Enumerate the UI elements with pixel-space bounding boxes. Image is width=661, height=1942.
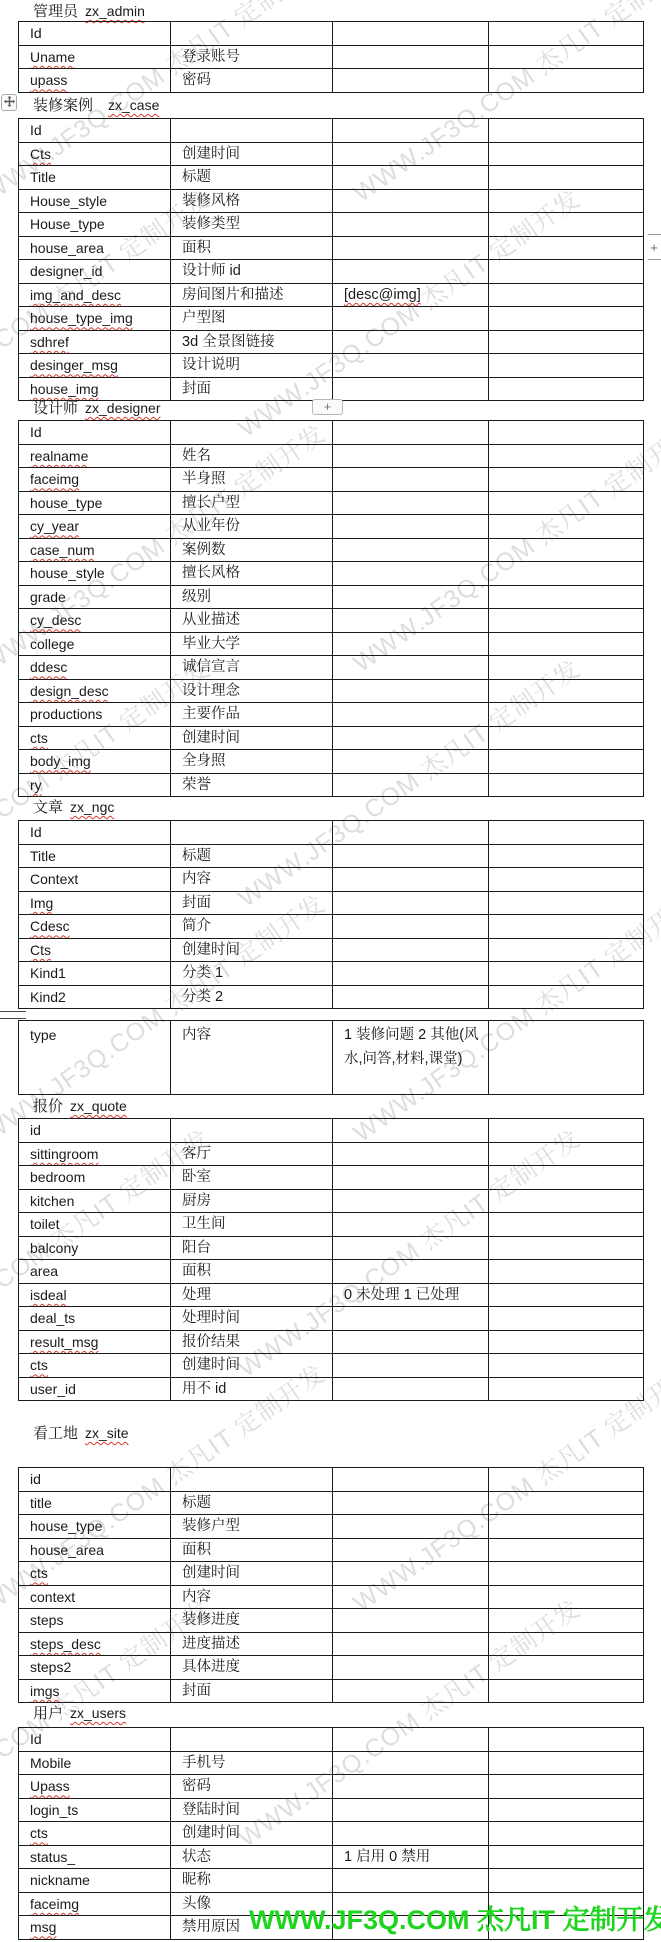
cell[interactable] bbox=[489, 142, 644, 166]
cell[interactable] bbox=[333, 1491, 489, 1515]
cell[interactable] bbox=[489, 1869, 644, 1893]
cell[interactable] bbox=[171, 1728, 333, 1752]
cell[interactable]: Cts bbox=[19, 938, 171, 962]
cell[interactable]: 封面 bbox=[171, 377, 333, 401]
cell[interactable]: 卫生间 bbox=[171, 1213, 333, 1237]
cell[interactable]: sdhref bbox=[19, 330, 171, 354]
table-admin: IdUname登录账号upass密码 bbox=[18, 21, 644, 93]
cell[interactable] bbox=[489, 821, 644, 845]
cell[interactable]: body_img bbox=[19, 750, 171, 774]
cell[interactable] bbox=[333, 1798, 489, 1822]
cell-text: 面积 bbox=[182, 1542, 211, 1558]
cell[interactable]: result_msg bbox=[19, 1330, 171, 1354]
cell[interactable] bbox=[489, 1562, 644, 1586]
cell[interactable] bbox=[489, 891, 644, 915]
cell[interactable] bbox=[489, 562, 644, 586]
cell[interactable] bbox=[333, 632, 489, 656]
cell[interactable] bbox=[333, 491, 489, 515]
cell[interactable] bbox=[333, 1468, 489, 1492]
cell[interactable]: 用不 id bbox=[171, 1377, 333, 1401]
cell[interactable]: context bbox=[19, 1585, 171, 1609]
cell[interactable]: 面积 bbox=[171, 1538, 333, 1562]
cell[interactable] bbox=[333, 307, 489, 331]
cell[interactable] bbox=[333, 69, 489, 93]
cell[interactable]: 设计理念 bbox=[171, 679, 333, 703]
cell-text: 密码 bbox=[182, 72, 211, 88]
cell[interactable]: house_type bbox=[19, 491, 171, 515]
cell[interactable] bbox=[333, 1189, 489, 1213]
cell[interactable]: 3d 全景图链接 bbox=[171, 330, 333, 354]
cell[interactable] bbox=[489, 1166, 644, 1190]
cell[interactable] bbox=[489, 213, 644, 237]
cell[interactable]: 装修进度 bbox=[171, 1609, 333, 1633]
cell[interactable] bbox=[489, 1213, 644, 1237]
cell[interactable]: 登录账号 bbox=[171, 45, 333, 69]
cell[interactable] bbox=[333, 1728, 489, 1752]
section-heading-case: 装修案例zx_case bbox=[0, 95, 159, 115]
cell[interactable] bbox=[333, 1377, 489, 1401]
cell[interactable]: upass bbox=[19, 69, 171, 93]
cell[interactable]: 从业年份 bbox=[171, 515, 333, 539]
cell[interactable]: ry bbox=[19, 773, 171, 797]
cell[interactable]: house_style bbox=[19, 562, 171, 586]
cell[interactable] bbox=[489, 1845, 644, 1869]
cell[interactable]: ddesc bbox=[19, 656, 171, 680]
cell[interactable]: case_num bbox=[19, 538, 171, 562]
cell[interactable]: 创建时间 bbox=[171, 1354, 333, 1378]
cell[interactable] bbox=[333, 609, 489, 633]
cell[interactable]: 创建时间 bbox=[171, 1562, 333, 1586]
cell[interactable] bbox=[333, 1236, 489, 1260]
cell[interactable] bbox=[333, 515, 489, 539]
cell[interactable] bbox=[333, 1632, 489, 1656]
cell[interactable]: id bbox=[19, 1119, 171, 1143]
cell[interactable]: Id bbox=[19, 22, 171, 46]
cell[interactable] bbox=[333, 1166, 489, 1190]
cell[interactable] bbox=[333, 1869, 489, 1893]
side-scroll-control[interactable]: + bbox=[647, 234, 661, 260]
cell[interactable] bbox=[333, 773, 489, 797]
cell[interactable]: 面积 bbox=[171, 236, 333, 260]
cell[interactable]: sittingroom bbox=[19, 1142, 171, 1166]
cell[interactable] bbox=[333, 726, 489, 750]
cell[interactable]: balcony bbox=[19, 1236, 171, 1260]
cell[interactable]: [desc@img] bbox=[333, 283, 489, 307]
cell[interactable]: imgs bbox=[19, 1679, 171, 1703]
cell[interactable]: Context bbox=[19, 868, 171, 892]
cell[interactable] bbox=[333, 142, 489, 166]
table-row: type内容1 装修问题 2 其他(风水,问答,材料,课堂) bbox=[19, 1021, 644, 1095]
cell[interactable] bbox=[333, 213, 489, 237]
cell[interactable]: 标题 bbox=[171, 1491, 333, 1515]
cell[interactable]: 级别 bbox=[171, 585, 333, 609]
cell[interactable]: productions bbox=[19, 703, 171, 727]
cell[interactable]: house_area bbox=[19, 1538, 171, 1562]
cell[interactable] bbox=[489, 45, 644, 69]
cell[interactable] bbox=[333, 962, 489, 986]
cell[interactable]: Id bbox=[19, 421, 171, 445]
cell[interactable] bbox=[333, 444, 489, 468]
cell[interactable] bbox=[489, 1283, 644, 1307]
cell[interactable]: 进度描述 bbox=[171, 1632, 333, 1656]
table-code: zx_case bbox=[108, 97, 159, 113]
cell[interactable] bbox=[333, 656, 489, 680]
cell[interactable]: 标题 bbox=[171, 166, 333, 190]
cell[interactable] bbox=[333, 938, 489, 962]
cell[interactable] bbox=[333, 166, 489, 190]
cell[interactable] bbox=[489, 260, 644, 284]
cell[interactable]: 封面 bbox=[171, 891, 333, 915]
cell[interactable]: cts bbox=[19, 726, 171, 750]
cell[interactable]: 分类 1 bbox=[171, 962, 333, 986]
cell[interactable] bbox=[333, 1562, 489, 1586]
cell[interactable]: House_style bbox=[19, 189, 171, 213]
cell[interactable]: desinger_msg bbox=[19, 354, 171, 378]
cell[interactable]: steps_desc bbox=[19, 1632, 171, 1656]
cell[interactable] bbox=[333, 421, 489, 445]
cell[interactable]: 1 装修问题 2 其他(风水,问答,材料,课堂) bbox=[333, 1021, 489, 1095]
cell[interactable]: 主要作品 bbox=[171, 703, 333, 727]
cell-text: msg bbox=[30, 1919, 56, 1935]
cell[interactable]: 从业描述 bbox=[171, 609, 333, 633]
cell[interactable] bbox=[489, 632, 644, 656]
cell[interactable]: 1 启用 0 禁用 bbox=[333, 1845, 489, 1869]
cell[interactable]: cts bbox=[19, 1562, 171, 1586]
cell-text: 具体进度 bbox=[182, 1659, 240, 1675]
cell[interactable] bbox=[489, 1260, 644, 1284]
cell[interactable]: 创建时间 bbox=[171, 142, 333, 166]
cell[interactable]: Title bbox=[19, 844, 171, 868]
cell-text: 分类 1 bbox=[182, 965, 223, 981]
cell[interactable] bbox=[333, 1142, 489, 1166]
cell[interactable] bbox=[333, 844, 489, 868]
cell[interactable] bbox=[489, 609, 644, 633]
cell[interactable] bbox=[333, 821, 489, 845]
cell[interactable] bbox=[171, 1119, 333, 1143]
cell[interactable] bbox=[333, 562, 489, 586]
cell[interactable] bbox=[333, 1775, 489, 1799]
document-page: WWW.JF3Q.COM 杰凡IT 定制开发WWW.JF3Q.COM 杰凡IT … bbox=[0, 0, 661, 1942]
cell[interactable] bbox=[171, 22, 333, 46]
cell[interactable] bbox=[489, 938, 644, 962]
cell[interactable]: Id bbox=[19, 821, 171, 845]
cell[interactable]: 设计师 id bbox=[171, 260, 333, 284]
cell[interactable]: 内容 bbox=[171, 1585, 333, 1609]
cell[interactable]: 创建时间 bbox=[171, 726, 333, 750]
cell[interactable]: cts bbox=[19, 1354, 171, 1378]
cell[interactable] bbox=[489, 773, 644, 797]
cell[interactable]: 擅长户型 bbox=[171, 491, 333, 515]
cell[interactable] bbox=[489, 703, 644, 727]
cell[interactable]: 登陆时间 bbox=[171, 1798, 333, 1822]
cell[interactable] bbox=[489, 354, 644, 378]
cell[interactable]: house_type bbox=[19, 1515, 171, 1539]
cell[interactable]: cy_year bbox=[19, 515, 171, 539]
cell[interactable]: Kind1 bbox=[19, 962, 171, 986]
cell[interactable] bbox=[333, 45, 489, 69]
cell[interactable]: 面积 bbox=[171, 1260, 333, 1284]
cell[interactable]: kitchen bbox=[19, 1189, 171, 1213]
cell[interactable] bbox=[171, 1468, 333, 1492]
cell[interactable]: 装修类型 bbox=[171, 213, 333, 237]
cell[interactable] bbox=[333, 330, 489, 354]
cell[interactable]: bedroom bbox=[19, 1166, 171, 1190]
cell[interactable]: 半身照 bbox=[171, 468, 333, 492]
cell[interactable]: 处理时间 bbox=[171, 1307, 333, 1331]
cell[interactable] bbox=[489, 330, 644, 354]
cell[interactable] bbox=[489, 1354, 644, 1378]
cell[interactable] bbox=[489, 1585, 644, 1609]
cell[interactable]: login_ts bbox=[19, 1798, 171, 1822]
cell[interactable] bbox=[489, 1189, 644, 1213]
cell-text: steps bbox=[30, 1612, 63, 1628]
cell[interactable] bbox=[489, 1236, 644, 1260]
cell[interactable] bbox=[489, 444, 644, 468]
cell[interactable]: college bbox=[19, 632, 171, 656]
cell[interactable] bbox=[489, 1330, 644, 1354]
cell[interactable] bbox=[333, 750, 489, 774]
cell[interactable] bbox=[489, 1538, 644, 1562]
cell-text: steps2 bbox=[30, 1659, 71, 1675]
cell[interactable]: 装修风格 bbox=[171, 189, 333, 213]
cell[interactable]: 诚信宣言 bbox=[171, 656, 333, 680]
cell[interactable]: 房间图片和描述 bbox=[171, 283, 333, 307]
cell[interactable]: 密码 bbox=[171, 1775, 333, 1799]
cell[interactable] bbox=[489, 985, 644, 1009]
cell[interactable]: 状态 bbox=[171, 1845, 333, 1869]
cell[interactable]: cts bbox=[19, 1822, 171, 1846]
cell[interactable] bbox=[333, 119, 489, 143]
cell[interactable] bbox=[489, 962, 644, 986]
cell[interactable]: 内容 bbox=[171, 868, 333, 892]
cell[interactable] bbox=[333, 891, 489, 915]
cell[interactable] bbox=[489, 421, 644, 445]
cell[interactable] bbox=[489, 726, 644, 750]
cell[interactable]: 创建时间 bbox=[171, 938, 333, 962]
cell[interactable]: 密码 bbox=[171, 69, 333, 93]
cell[interactable]: house_img bbox=[19, 377, 171, 401]
cell[interactable]: img_and_desc bbox=[19, 283, 171, 307]
cell[interactable] bbox=[489, 1021, 644, 1095]
cell[interactable]: realname bbox=[19, 444, 171, 468]
cell[interactable]: 简介 bbox=[171, 915, 333, 939]
cell[interactable] bbox=[489, 1751, 644, 1775]
cell[interactable] bbox=[333, 703, 489, 727]
table-row: upass密码 bbox=[19, 69, 644, 93]
cell[interactable] bbox=[489, 377, 644, 401]
cell[interactable] bbox=[489, 307, 644, 331]
cell[interactable] bbox=[333, 1119, 489, 1143]
cell-text: 阳台 bbox=[182, 1240, 211, 1256]
cell[interactable] bbox=[489, 538, 644, 562]
cell[interactable]: faceimg bbox=[19, 1892, 171, 1916]
cell[interactable]: Cdesc bbox=[19, 915, 171, 939]
cell[interactable] bbox=[333, 1538, 489, 1562]
cell[interactable]: 毕业大学 bbox=[171, 632, 333, 656]
cell[interactable] bbox=[489, 22, 644, 46]
cell[interactable] bbox=[333, 1330, 489, 1354]
cell[interactable]: grade bbox=[19, 585, 171, 609]
cell[interactable] bbox=[489, 491, 644, 515]
cell[interactable]: 阳台 bbox=[171, 1236, 333, 1260]
cell[interactable] bbox=[333, 679, 489, 703]
cell[interactable] bbox=[489, 1775, 644, 1799]
cell[interactable]: Cts bbox=[19, 142, 171, 166]
cell[interactable]: area bbox=[19, 1260, 171, 1284]
cell[interactable] bbox=[489, 1468, 644, 1492]
cell[interactable]: 处理 bbox=[171, 1283, 333, 1307]
insert-table-button[interactable]: + bbox=[312, 399, 343, 415]
cell[interactable]: 荣誉 bbox=[171, 773, 333, 797]
cell[interactable] bbox=[333, 1822, 489, 1846]
cell[interactable] bbox=[171, 821, 333, 845]
cell[interactable] bbox=[489, 236, 644, 260]
cell[interactable]: 案例数 bbox=[171, 538, 333, 562]
table-row: Cts创建时间 bbox=[19, 142, 644, 166]
cell-text: 毕业大学 bbox=[182, 636, 240, 652]
cell[interactable] bbox=[489, 468, 644, 492]
cell[interactable]: 0 未处理 1 已处理 bbox=[333, 1283, 489, 1307]
cell[interactable]: 创建时间 bbox=[171, 1822, 333, 1846]
cell[interactable]: Upass bbox=[19, 1775, 171, 1799]
cell[interactable] bbox=[333, 1515, 489, 1539]
cell[interactable]: Kind2 bbox=[19, 985, 171, 1009]
cell[interactable] bbox=[489, 1656, 644, 1680]
cell[interactable]: cy_desc bbox=[19, 609, 171, 633]
cell[interactable] bbox=[489, 1119, 644, 1143]
cell[interactable]: 封面 bbox=[171, 1679, 333, 1703]
cell[interactable] bbox=[333, 1585, 489, 1609]
cell[interactable]: id bbox=[19, 1468, 171, 1492]
cell[interactable] bbox=[489, 868, 644, 892]
cell[interactable] bbox=[489, 1679, 644, 1703]
cell[interactable] bbox=[489, 1515, 644, 1539]
cell[interactable] bbox=[333, 585, 489, 609]
cell[interactable]: msg bbox=[19, 1916, 171, 1940]
cell[interactable]: house_area bbox=[19, 236, 171, 260]
cell[interactable] bbox=[489, 515, 644, 539]
cell[interactable]: isdeal bbox=[19, 1283, 171, 1307]
cell[interactable] bbox=[333, 1656, 489, 1680]
cell[interactable]: user_id bbox=[19, 1377, 171, 1401]
cell[interactable] bbox=[489, 1307, 644, 1331]
cell[interactable] bbox=[333, 1751, 489, 1775]
cell[interactable]: 厨房 bbox=[171, 1189, 333, 1213]
cell[interactable] bbox=[489, 844, 644, 868]
cell[interactable]: nickname bbox=[19, 1869, 171, 1893]
cell[interactable]: 设计说明 bbox=[171, 354, 333, 378]
cell[interactable]: designer_id bbox=[19, 260, 171, 284]
cell[interactable] bbox=[489, 283, 644, 307]
cell[interactable] bbox=[489, 1728, 644, 1752]
cell[interactable]: 昵称 bbox=[171, 1869, 333, 1893]
cell[interactable] bbox=[333, 915, 489, 939]
cell[interactable] bbox=[333, 236, 489, 260]
cell[interactable]: Mobile bbox=[19, 1751, 171, 1775]
cell[interactable]: Img bbox=[19, 891, 171, 915]
cell[interactable]: House_type bbox=[19, 213, 171, 237]
cell[interactable] bbox=[333, 1213, 489, 1237]
cell[interactable]: title bbox=[19, 1491, 171, 1515]
cell[interactable] bbox=[489, 915, 644, 939]
cell[interactable]: steps2 bbox=[19, 1656, 171, 1680]
cell[interactable]: Title bbox=[19, 166, 171, 190]
cell[interactable]: Uname bbox=[19, 45, 171, 69]
cell[interactable]: steps bbox=[19, 1609, 171, 1633]
cell[interactable]: faceimg bbox=[19, 468, 171, 492]
cell[interactable]: 标题 bbox=[171, 844, 333, 868]
cell[interactable]: toilet bbox=[19, 1213, 171, 1237]
cell[interactable] bbox=[489, 166, 644, 190]
table-row: Title标题 bbox=[19, 844, 644, 868]
cell[interactable]: 卧室 bbox=[171, 1166, 333, 1190]
cell[interactable] bbox=[333, 1260, 489, 1284]
cell[interactable] bbox=[333, 1679, 489, 1703]
cell[interactable]: type bbox=[19, 1021, 171, 1095]
cell[interactable]: Id bbox=[19, 1728, 171, 1752]
cell[interactable] bbox=[171, 119, 333, 143]
cell-text: design_desc bbox=[30, 683, 109, 699]
cell[interactable]: 手机号 bbox=[171, 1751, 333, 1775]
cell[interactable]: status_ bbox=[19, 1845, 171, 1869]
cell[interactable] bbox=[333, 985, 489, 1009]
cell[interactable]: 内容 bbox=[171, 1021, 333, 1095]
cell[interactable] bbox=[333, 468, 489, 492]
cell[interactable] bbox=[489, 1609, 644, 1633]
cell[interactable] bbox=[333, 260, 489, 284]
cell[interactable] bbox=[333, 377, 489, 401]
cell[interactable] bbox=[333, 1609, 489, 1633]
cell[interactable]: 姓名 bbox=[171, 444, 333, 468]
cell[interactable] bbox=[333, 354, 489, 378]
cell[interactable] bbox=[333, 1307, 489, 1331]
cell[interactable] bbox=[333, 189, 489, 213]
cell[interactable]: 报价结果 bbox=[171, 1330, 333, 1354]
cell[interactable] bbox=[489, 1632, 644, 1656]
cell[interactable]: Id bbox=[19, 119, 171, 143]
cell[interactable]: 分类 2 bbox=[171, 985, 333, 1009]
cell[interactable] bbox=[489, 1377, 644, 1401]
cell[interactable]: house_type_img bbox=[19, 307, 171, 331]
cell[interactable] bbox=[333, 868, 489, 892]
cell-text: 状态 bbox=[182, 1849, 211, 1865]
cell[interactable]: 客厅 bbox=[171, 1142, 333, 1166]
cell[interactable] bbox=[489, 679, 644, 703]
cell[interactable]: deal_ts bbox=[19, 1307, 171, 1331]
cell-text: cts bbox=[30, 730, 48, 746]
cell[interactable] bbox=[489, 119, 644, 143]
cell[interactable] bbox=[489, 1798, 644, 1822]
cell[interactable] bbox=[489, 585, 644, 609]
cell[interactable] bbox=[489, 1142, 644, 1166]
cell[interactable] bbox=[333, 538, 489, 562]
cell[interactable]: design_desc bbox=[19, 679, 171, 703]
cell[interactable]: 擅长风格 bbox=[171, 562, 333, 586]
cell[interactable]: 全身照 bbox=[171, 750, 333, 774]
cell[interactable] bbox=[489, 1822, 644, 1846]
cell[interactable] bbox=[489, 1491, 644, 1515]
cell[interactable]: 装修户型 bbox=[171, 1515, 333, 1539]
cell[interactable] bbox=[171, 421, 333, 445]
cell[interactable] bbox=[489, 656, 644, 680]
cell[interactable] bbox=[333, 22, 489, 46]
cell[interactable] bbox=[333, 1354, 489, 1378]
cell[interactable]: 具体进度 bbox=[171, 1656, 333, 1680]
cell[interactable] bbox=[489, 750, 644, 774]
cell[interactable] bbox=[489, 189, 644, 213]
cell[interactable]: 户型图 bbox=[171, 307, 333, 331]
cell[interactable] bbox=[489, 69, 644, 93]
